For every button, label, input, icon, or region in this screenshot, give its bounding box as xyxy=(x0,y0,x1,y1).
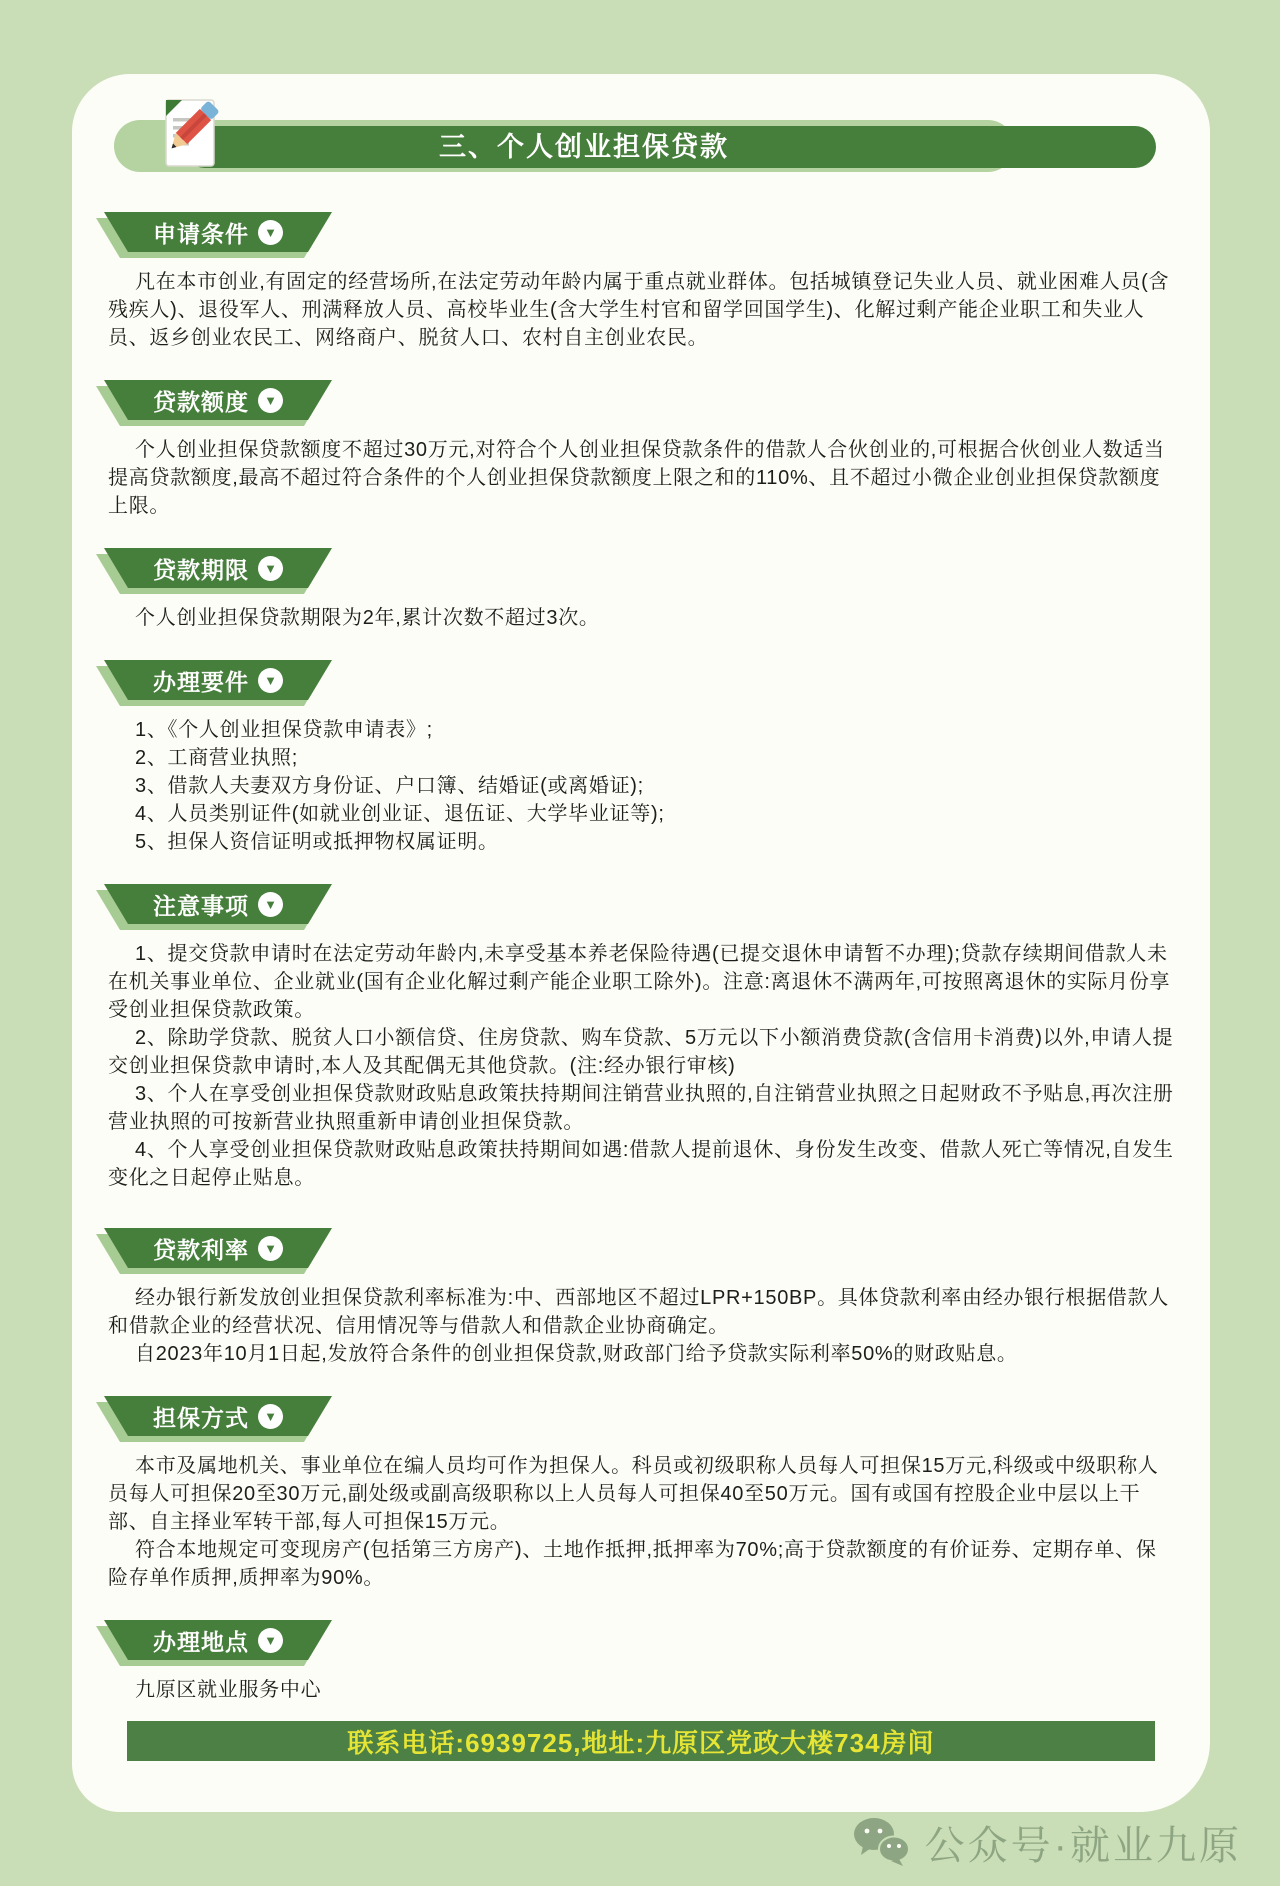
section-notes: 注意事项 ▼ 1、提交贷款申请时在法定劳动年龄内,未享受基本养老保险待遇(已提交… xyxy=(108,884,1174,1192)
section-badge-label: 贷款额度 xyxy=(153,384,249,417)
section-body: 个人创业担保贷款额度不超过30万元,对符合个人创业担保贷款条件的借款人合伙创业的… xyxy=(108,436,1174,520)
contact-bar: 联系电话:6939725,地址:九原区党政大楼734房间 xyxy=(127,1721,1155,1761)
wechat-account-label: 公众号·就业九原 xyxy=(925,1814,1242,1871)
section-badge-face: 办理地点 ▼ xyxy=(104,1620,332,1660)
paragraph: 个人创业担保贷款期限为2年,累计次数不超过3次。 xyxy=(108,604,1174,632)
section-badge-label: 贷款期限 xyxy=(153,552,249,585)
section-badge-face: 贷款额度 ▼ xyxy=(104,380,332,420)
section-badge: 办理要件 ▼ xyxy=(104,660,332,702)
section-badge-face: 注意事项 ▼ xyxy=(104,884,332,924)
section-body: 本市及属地机关、事业单位在编人员均可作为担保人。科员或初级职称人员每人可担保15… xyxy=(108,1452,1174,1592)
content-card: 三、个人创业担保贷款 申请条件 ▼ 凡在本市创业,有固定 xyxy=(72,74,1210,1812)
section-badge-label: 办理地点 xyxy=(153,1624,249,1657)
section-badge-face: 申请条件 ▼ xyxy=(104,212,332,252)
paragraph: 符合本地规定可变现房产(包括第三方房产)、土地作抵押,抵押率为70%;高于贷款额… xyxy=(108,1536,1174,1592)
paragraph: 4、个人享受创业担保贷款财政贴息政策扶持期间如遇:借款人提前退休、身份发生改变、… xyxy=(108,1136,1174,1192)
section-loan-term: 贷款期限 ▼ 个人创业担保贷款期限为2年,累计次数不超过3次。 xyxy=(108,548,1174,632)
paragraph: 自2023年10月1日起,发放符合条件的创业担保贷款,财政部门给予贷款实际利率5… xyxy=(108,1340,1174,1368)
paragraph: 3、个人在享受创业担保贷款财政贴息政策扶持期间注销营业执照的,自注销营业执照之日… xyxy=(108,1080,1174,1136)
section-apply-conditions: 申请条件 ▼ 凡在本市创业,有固定的经营场所,在法定劳动年龄内属于重点就业群体。… xyxy=(108,212,1174,352)
section-badge-face: 贷款期限 ▼ xyxy=(104,548,332,588)
section-location: 办理地点 ▼ 九原区就业服务中心 xyxy=(108,1620,1174,1704)
list-item: 4、人员类别证件(如就业创业证、退伍证、大学毕业证等); xyxy=(108,800,1174,828)
section-body: 九原区就业服务中心 xyxy=(108,1676,1174,1704)
section-badge: 办理地点 ▼ xyxy=(104,1620,332,1662)
section-loan-amount: 贷款额度 ▼ 个人创业担保贷款额度不超过30万元,对符合个人创业担保贷款条件的借… xyxy=(108,380,1174,520)
section-body: 1、提交贷款申请时在法定劳动年龄内,未享受基本养老保险待遇(已提交退休申请暂不办… xyxy=(108,940,1174,1192)
section-guarantee-method: 担保方式 ▼ 本市及属地机关、事业单位在编人员均可作为担保人。科员或初级职称人员… xyxy=(108,1396,1174,1592)
section-body: 个人创业担保贷款期限为2年,累计次数不超过3次。 xyxy=(108,604,1174,632)
section-badge-face: 办理要件 ▼ xyxy=(104,660,332,700)
paragraph: 2、除助学贷款、脱贫人口小额信贷、住房贷款、购车贷款、5万元以下小额消费贷款(含… xyxy=(108,1024,1174,1080)
down-arrow-icon: ▼ xyxy=(258,220,283,245)
section-badge: 担保方式 ▼ xyxy=(104,1396,332,1438)
paragraph: 1、提交贷款申请时在法定劳动年龄内,未享受基本养老保险待遇(已提交退休申请暂不办… xyxy=(108,940,1174,1024)
down-arrow-icon: ▼ xyxy=(258,1628,283,1653)
section-badge: 贷款额度 ▼ xyxy=(104,380,332,422)
paragraph: 凡在本市创业,有固定的经营场所,在法定劳动年龄内属于重点就业群体。包括城镇登记失… xyxy=(108,268,1174,352)
list-item: 5、担保人资信证明或抵押物权属证明。 xyxy=(108,828,1174,856)
section-badge: 申请条件 ▼ xyxy=(104,212,332,254)
paragraph: 本市及属地机关、事业单位在编人员均可作为担保人。科员或初级职称人员每人可担保15… xyxy=(108,1452,1174,1536)
section-badge-label: 担保方式 xyxy=(153,1400,249,1433)
sections: 申请条件 ▼ 凡在本市创业,有固定的经营场所,在法定劳动年龄内属于重点就业群体。… xyxy=(72,74,1210,1704)
section-badge-label: 注意事项 xyxy=(153,888,249,921)
section-required-documents: 办理要件 ▼ 1、《个人创业担保贷款申请表》;2、工商营业执照;3、借款人夫妻双… xyxy=(108,660,1174,856)
wechat-icon xyxy=(853,1817,911,1867)
section-badge: 贷款利率 ▼ xyxy=(104,1228,332,1270)
paragraph: 九原区就业服务中心 xyxy=(108,1676,1174,1704)
down-arrow-icon: ▼ xyxy=(258,1236,283,1261)
down-arrow-icon: ▼ xyxy=(258,556,283,581)
down-arrow-icon: ▼ xyxy=(258,668,283,693)
paragraph: 个人创业担保贷款额度不超过30万元,对符合个人创业担保贷款条件的借款人合伙创业的… xyxy=(108,436,1174,520)
page-footer: 公众号·就业九原 xyxy=(853,1816,1242,1868)
section-badge-face: 贷款利率 ▼ xyxy=(104,1228,332,1268)
section-badge-face: 担保方式 ▼ xyxy=(104,1396,332,1436)
poster-page: { "banner": { "title": "三、个人创业担保贷款", "ic… xyxy=(0,0,1280,1886)
section-body: 凡在本市创业,有固定的经营场所,在法定劳动年龄内属于重点就业群体。包括城镇登记失… xyxy=(108,268,1174,352)
section-badge-label: 贷款利率 xyxy=(153,1232,249,1265)
section-badge-label: 申请条件 xyxy=(153,216,249,249)
section-badge: 注意事项 ▼ xyxy=(104,884,332,926)
section-badge-label: 办理要件 xyxy=(153,664,249,697)
down-arrow-icon: ▼ xyxy=(258,1404,283,1429)
section-loan-rate: 贷款利率 ▼ 经办银行新发放创业担保贷款利率标准为:中、西部地区不超过LPR+1… xyxy=(108,1228,1174,1368)
list-item: 3、借款人夫妻双方身份证、户口簿、结婚证(或离婚证); xyxy=(108,772,1174,800)
down-arrow-icon: ▼ xyxy=(258,388,283,413)
contact-bar-text: 联系电话:6939725,地址:九原区党政大楼734房间 xyxy=(347,1723,934,1760)
list-item: 2、工商营业执照; xyxy=(108,744,1174,772)
down-arrow-icon: ▼ xyxy=(258,892,283,917)
paragraph: 经办银行新发放创业担保贷款利率标准为:中、西部地区不超过LPR+150BP。具体… xyxy=(108,1284,1174,1340)
list-item: 1、《个人创业担保贷款申请表》; xyxy=(108,716,1174,744)
section-body: 经办银行新发放创业担保贷款利率标准为:中、西部地区不超过LPR+150BP。具体… xyxy=(108,1284,1174,1368)
section-body: 1、《个人创业担保贷款申请表》;2、工商营业执照;3、借款人夫妻双方身份证、户口… xyxy=(108,716,1174,856)
section-badge: 贷款期限 ▼ xyxy=(104,548,332,590)
